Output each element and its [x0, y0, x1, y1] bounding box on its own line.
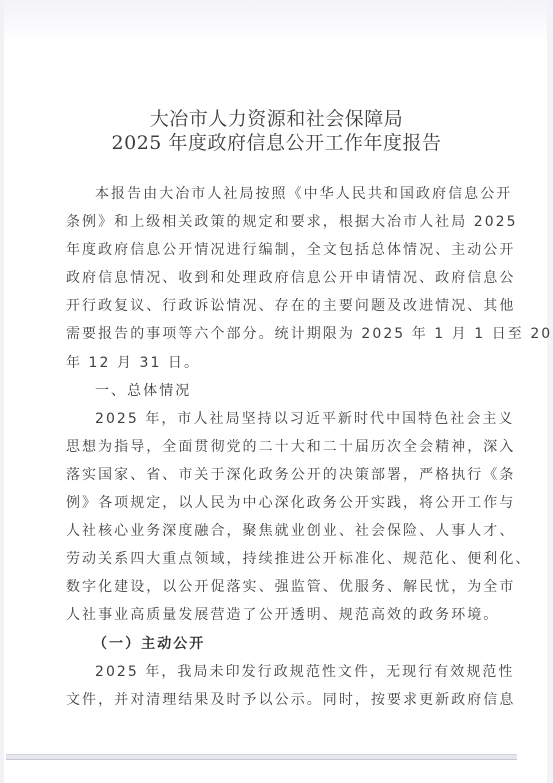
document-title-line-2: 2025 年度政府信息公开工作年度报告	[0, 128, 553, 155]
overview-paragraph-line: 2025 年，市人社局坚持以习近平新时代中国特色社会主义	[66, 405, 480, 433]
intro-paragraph-line: 本报告由大冶市人社局按照《中华人民共和国政府信息公开	[66, 180, 480, 208]
overview-paragraph-line: 劳动关系四大重点领域，持续推进公开标准化、规范化、便利化、	[66, 545, 480, 573]
document-body: 本报告由大冶市人社局按照《中华人民共和国政府信息公开 条例》和上级相关政策的规定…	[66, 180, 480, 714]
overview-paragraph-line: 人社核心业务深度融合，聚焦就业创业、社会保险、人事人才、	[66, 517, 480, 545]
section-heading-overview: 一、总体情况	[66, 377, 480, 405]
intro-paragraph-line: 年度政府信息公开情况进行编制，全文包括总体情况、主动公开	[66, 236, 480, 264]
overview-paragraph-line: 落实国家、省、市关于深化政务公开的决策部署，严格执行《条	[66, 461, 480, 489]
active-disclosure-paragraph-line: 2025 年，我局未印发行政规范性文件，无现行有效规范性	[66, 658, 480, 686]
intro-paragraph-line: 开行政复议、行政诉讼情况、存在的主要问题及改进情况、其他	[66, 292, 480, 320]
overview-paragraph-line: 例》各项规定，以人民为中心深化政务公开实践，将公开工作与	[66, 489, 480, 517]
intro-paragraph-line: 政府信息情况、收到和处理政府信息公开申请情况、政府信息公	[66, 264, 480, 292]
intro-paragraph-line: 年 12 月 31 日。	[66, 349, 480, 377]
scan-top-shadow	[0, 0, 553, 40]
intro-paragraph-line: 需要报告的事项等六个部分。统计期限为 2025 年 1 月 1 日至 2025	[66, 320, 480, 348]
intro-paragraph-line: 条例》和上级相关政策的规定和要求，根据大冶市人社局 2025	[66, 208, 480, 236]
overview-paragraph-line: 思想为指导，全面贯彻党的二十大和二十届历次全会精神，深入	[66, 433, 480, 461]
page-bottom-rule	[6, 754, 517, 760]
subsection-heading-active-disclosure: （一）主动公开	[66, 630, 480, 658]
active-disclosure-paragraph-line: 文件，并对清理结果及时予以公示。同时，按要求更新政府信息	[66, 686, 480, 714]
overview-paragraph-line: 数字化建设，以公开促落实、强监管、优服务、解民忧，为全市	[66, 573, 480, 601]
overview-paragraph-line: 人社事业高质量发展营造了公开透明、规范高效的政务环境。	[66, 601, 480, 629]
document-title-line-1: 大冶市人力资源和社会保障局	[0, 104, 553, 131]
